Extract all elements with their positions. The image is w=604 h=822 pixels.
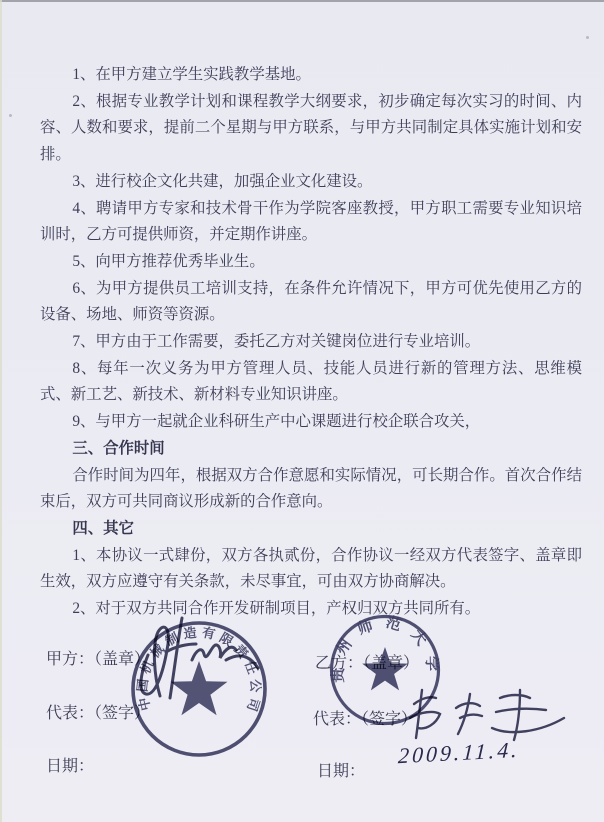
scan-top-edge — [0, 0, 604, 2]
clause-7: 7、甲方由于工作需要，委托乙方对关键岗位进行专业培训。 — [40, 329, 582, 356]
section-three-heading: 三、合作时间 — [40, 436, 582, 463]
clause-2: 2、根据专业教学计划和课程教学大纲要求，初步确定每次实习的时间、内容、人数和要求… — [40, 89, 582, 169]
party-b-date-handwritten: 2009.11.4. — [397, 737, 520, 769]
clause-3: 3、进行校企文化共建，加强企业文化建设。 — [40, 169, 582, 196]
section-four-clause-1: 1、本协议一式肆份，双方各执贰份，合作协议一经双方代表签字、盖章即生效，双方应遵… — [40, 543, 582, 596]
party-a-date-label: 日期： — [46, 753, 94, 776]
clause-8: 8、每年一次义务为甲方管理人员、技能人员进行新的管理方法、思维模式、新工艺、新技… — [40, 356, 582, 409]
scan-left-edge — [0, 0, 2, 822]
scanned-agreement-page: 1、在甲方建立学生实践教学基地。 2、根据专业教学计划和课程教学大纲要求，初步确… — [0, 0, 604, 822]
clause-4: 4、聘请甲方专家和技术骨干作为学院客座教授，甲方职工需要专业知识培训时，乙方可提… — [40, 196, 582, 249]
clause-5: 5、向甲方推荐优秀毕业生。 — [40, 249, 582, 276]
clause-6: 6、为甲方提供员工培训支持，在条件允许情况下，甲方可优先使用乙方的设备、场地、师… — [40, 276, 582, 329]
party-a-representative-signature — [130, 600, 270, 720]
clause-1: 1、在甲方建立学生实践教学基地。 — [40, 62, 582, 89]
scan-speck — [9, 114, 12, 117]
document-body: 1、在甲方建立学生实践教学基地。 2、根据专业教学计划和课程教学大纲要求，初步确… — [40, 62, 582, 623]
scan-speck — [586, 36, 589, 39]
clause-9: 9、与甲方一起就企业科研生产中心课题进行校企联合攻关， — [40, 409, 582, 436]
party-b-date-label: 日期： — [317, 758, 365, 781]
section-four-heading: 四、其它 — [40, 516, 582, 543]
section-three-paragraph: 合作时间为四年，根据双方合作意愿和实际情况，可长期合作。首次合作结束后，双方可共… — [40, 463, 582, 516]
